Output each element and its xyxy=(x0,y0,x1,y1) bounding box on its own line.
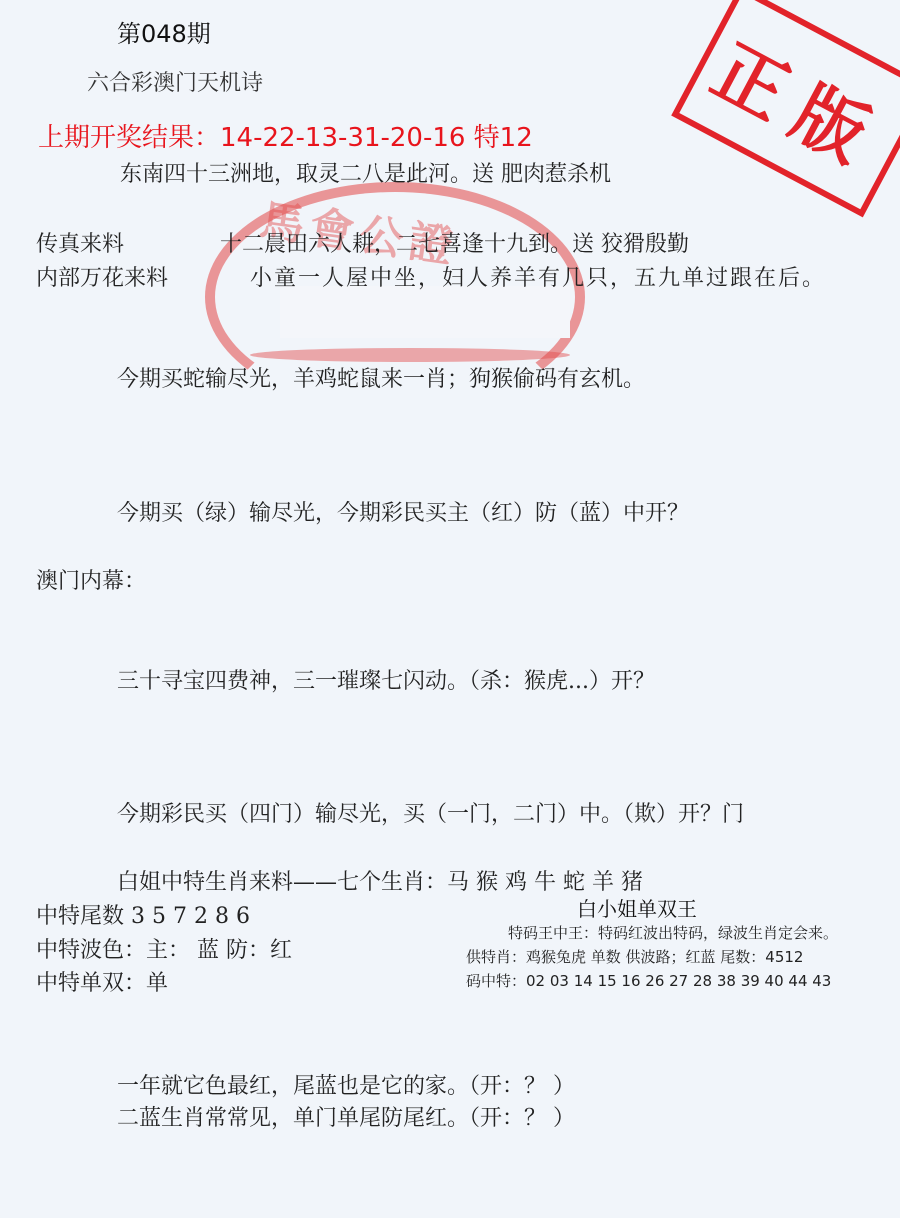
inner-text: 小童一人屋中坐，妇人养羊有几只，五九单过跟在后。 xyxy=(250,261,826,292)
inner-label: 内部万花来料 xyxy=(36,261,168,292)
fax-label: 传真来料 xyxy=(36,227,124,258)
poem-line-1: 东南四十三洲地，取灵二八是此河。送 肥肉惹杀机 xyxy=(120,157,611,188)
macau-text: 三十寻宝四费神，三一璀璨七闪动。（杀：猴虎...）开？ xyxy=(117,664,655,695)
fax-text: 十二晨田六人耕，二七喜逢十九到。送 狡猾殷勤 xyxy=(220,227,689,258)
authentic-stamp-label: 正版 xyxy=(698,13,900,189)
box-line-3: 码中特：02 03 14 15 16 26 27 28 38 39 40 44 … xyxy=(466,970,831,991)
color-hint: 今期买（绿）输尽光，今期彩民买主（红）防（蓝）中开？ xyxy=(117,496,689,527)
seven-zodiac: 白姐中特生肖来料——七个生肖：马 猴 鸡 牛 蛇 羊 猪 xyxy=(117,865,643,896)
special-odd-even: 中特单双：单 xyxy=(36,966,168,997)
zodiac-hint: 今期买蛇输尽光，羊鸡蛇鼠来一肖；狗猴偷码有玄机。 xyxy=(117,362,645,393)
page-subtitle: 六合彩澳门天机诗 xyxy=(87,66,263,97)
special-wave: 中特波色：主： 蓝 防：红 xyxy=(36,933,292,964)
macau-label: 澳门内幕： xyxy=(36,564,146,595)
riddle-1: 一年就它色最红，尾蓝也是它的家。（开：？ ） xyxy=(117,1069,575,1100)
box-line-2: 供特肖：鸡猴兔虎 单数 供波路；红蓝 尾数：4512 xyxy=(466,946,803,967)
doors-hint: 今期彩民买（四门）输尽光，买（一门，二门）中。（欺）开？门 xyxy=(117,797,744,828)
riddle-2: 二蓝生肖常常见，单门单尾防尾红。（开：？ ） xyxy=(117,1101,575,1132)
whiteout-patch xyxy=(280,286,570,338)
box-title: 白小姐单双王 xyxy=(577,893,697,922)
authentic-stamp: 正版 xyxy=(671,0,900,217)
special-tail: 中特尾数 3 5 7 2 8 6 xyxy=(36,899,250,930)
seal-stamp-band xyxy=(250,348,570,362)
box-line-1: 特码王中王：特码红波出特码，绿波生肖定会来。 xyxy=(508,922,838,943)
issue-number: 第048期 xyxy=(117,14,211,49)
last-draw-result: 上期开奖结果：14-22-13-31-20-16 特12 xyxy=(38,117,533,154)
